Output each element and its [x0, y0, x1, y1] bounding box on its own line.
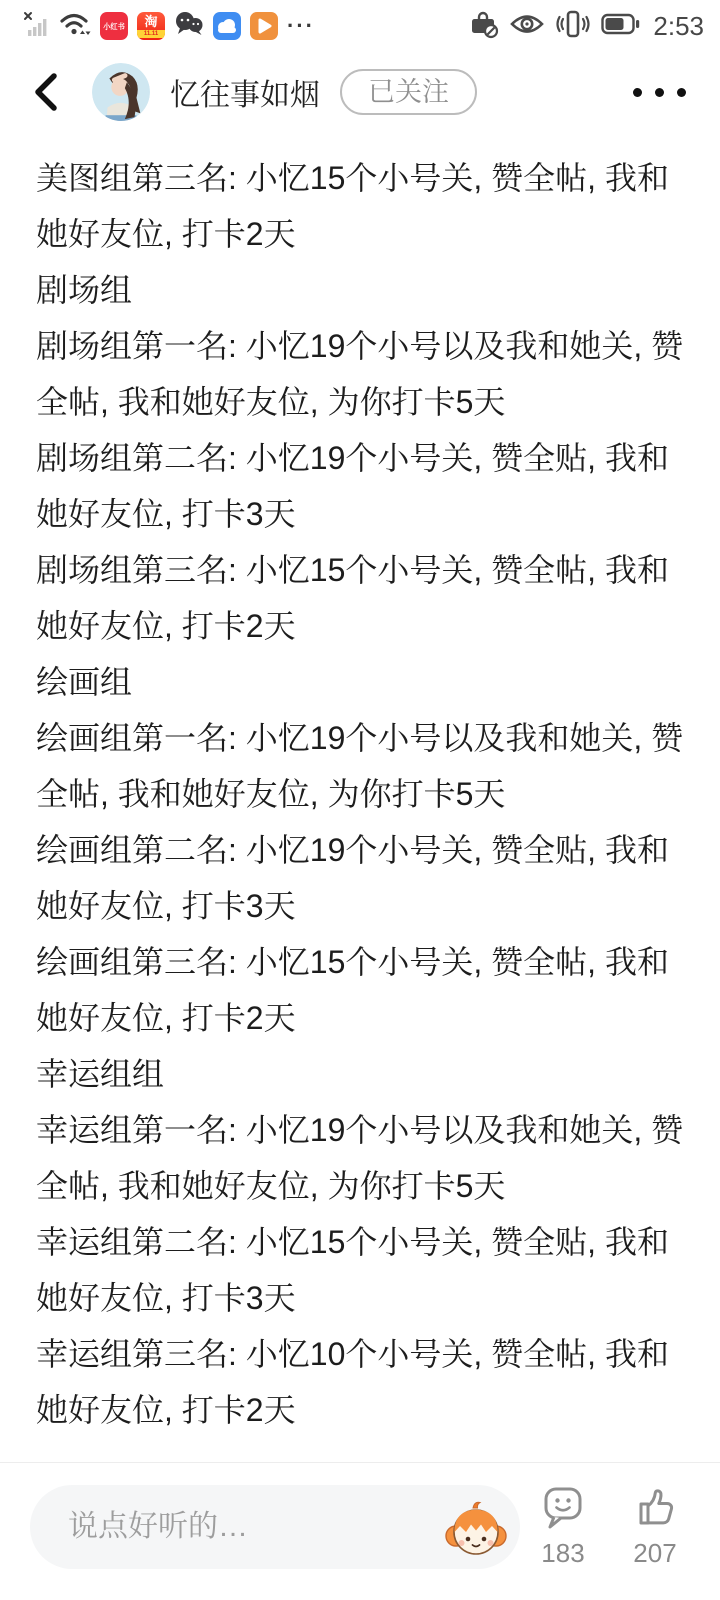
wechat-notification-icon — [174, 10, 204, 43]
comment-icon[interactable] — [540, 1484, 586, 1535]
video-play-app-icon — [250, 12, 278, 40]
wifi-icon — [59, 10, 91, 43]
post-content: 美图组第三名: 小忆15个小号关, 赞全帖, 我和她好友位, 打卡2天 剧场组 … — [0, 136, 720, 1438]
post-paragraph: 幸运组组 — [36, 1046, 692, 1102]
taobao-app-icon: 淘 11.11 — [137, 12, 165, 40]
like-action[interactable]: 207 — [620, 1484, 690, 1569]
more-options-button[interactable] — [633, 88, 686, 97]
status-bar-left: 小红书 淘 11.11 — [22, 10, 315, 43]
post-paragraph: 幸运组第一名: 小忆19个小号以及我和她关, 赞全帖, 我和她好友位, 为你打卡… — [36, 1102, 692, 1214]
app-lock-icon — [467, 9, 499, 44]
post-paragraph: 幸运组第三名: 小忆10个小号关, 赞全帖, 我和她好友位, 打卡2天 — [36, 1326, 692, 1438]
back-button[interactable] — [30, 70, 66, 114]
eye-comfort-icon — [509, 10, 545, 43]
post-paragraph: 剧场组 — [36, 262, 692, 318]
comment-action[interactable]: 183 — [528, 1484, 598, 1569]
post-paragraph: 绘画组第三名: 小忆15个小号关, 赞全帖, 我和她好友位, 打卡2天 — [36, 934, 692, 1046]
author-username[interactable]: 忆往事如烟 — [170, 70, 320, 114]
phone-screen: 小红书 淘 11.11 — [0, 0, 720, 1600]
comment-input[interactable] — [66, 1509, 444, 1545]
post-actions: 183 207 — [528, 1484, 690, 1569]
followed-button[interactable]: 已关注 — [340, 69, 477, 115]
post-paragraph: 绘画组第一名: 小忆19个小号以及我和她关, 赞全帖, 我和她好友位, 为你打卡… — [36, 710, 692, 822]
post-header: 忆往事如烟 已关注 — [0, 48, 720, 136]
post-paragraph: 剧场组第三名: 小忆15个小号关, 赞全帖, 我和她好友位, 打卡2天 — [36, 542, 692, 654]
xiaohongshu-app-icon: 小红书 — [100, 12, 128, 40]
status-more-icon: ··· — [287, 21, 315, 31]
post-paragraph: 幸运组第二名: 小忆15个小号关, 赞全贴, 我和她好友位, 打卡3天 — [36, 1214, 692, 1326]
no-signal-icon — [22, 10, 50, 43]
clock-time: 2:53 — [653, 11, 704, 42]
post-paragraph: 绘画组 — [36, 654, 692, 710]
comment-count: 183 — [541, 1538, 584, 1569]
post-paragraph: 剧场组第二名: 小忆19个小号关, 赞全贴, 我和她好友位, 打卡3天 — [36, 430, 692, 542]
battery-icon — [601, 11, 641, 42]
mascot-emoji-icon[interactable] — [444, 1496, 508, 1558]
author-avatar[interactable] — [92, 63, 150, 121]
cloud-app-icon — [213, 12, 241, 40]
status-bar-right: 2:53 — [467, 9, 704, 44]
thumbs-up-icon[interactable] — [632, 1484, 678, 1535]
like-count: 207 — [633, 1538, 676, 1569]
post-paragraph: 剧场组第一名: 小忆19个小号以及我和她关, 赞全帖, 我和她好友位, 为你打卡… — [36, 318, 692, 430]
comment-input-wrap[interactable] — [30, 1485, 520, 1569]
post-paragraph: 绘画组第二名: 小忆19个小号关, 赞全贴, 我和她好友位, 打卡3天 — [36, 822, 692, 934]
post-paragraph: 美图组第三名: 小忆15个小号关, 赞全帖, 我和她好友位, 打卡2天 — [36, 150, 692, 262]
vibrate-icon — [555, 9, 591, 44]
status-bar: 小红书 淘 11.11 — [0, 0, 720, 48]
comment-bar: 183 207 — [0, 1462, 720, 1600]
